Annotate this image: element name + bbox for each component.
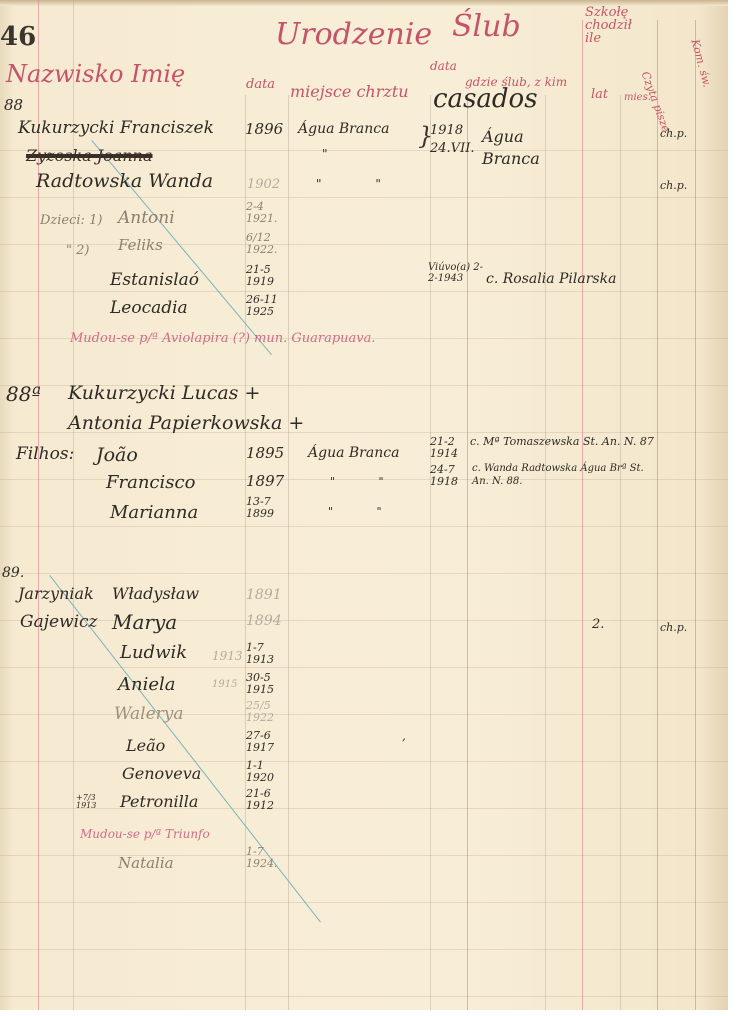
- ditto-marks: " ": [328, 506, 382, 517]
- ditto-mark: ": [322, 148, 328, 160]
- birth-date: 2-41921.: [246, 201, 278, 225]
- entry-name: Radtowska Wanda: [36, 172, 213, 191]
- ditto-marks: " ": [330, 476, 384, 487]
- entry-name: Francisco: [106, 474, 195, 492]
- register-page: 46 Nazwisko Imię Urodzenie data miejsce …: [0, 0, 728, 1010]
- birth-date: 1897: [246, 474, 284, 489]
- entry-name: Władysław: [112, 586, 199, 602]
- children-label: Dzieci: 1): [40, 214, 102, 227]
- entry-name: Walerya: [114, 706, 184, 723]
- header-school-years: lat: [591, 88, 608, 101]
- birth-date: 30-51915: [246, 672, 274, 696]
- faint-year: 1913: [212, 650, 243, 662]
- marriage-date: 24-71918: [430, 464, 458, 488]
- birth-date: 13-71899: [246, 496, 274, 520]
- birth-date: 1894: [246, 614, 282, 628]
- remarks: ch.p.: [660, 622, 687, 633]
- surname: Gajewicz: [20, 614, 98, 631]
- marriage-place: c. Rosalia Pilarska: [486, 272, 616, 286]
- birth-date: 1891: [246, 588, 282, 602]
- entry-name: Marya: [112, 612, 177, 632]
- marriage-date: 21-21914: [430, 436, 458, 460]
- entry-name: Estanislaó: [110, 272, 199, 289]
- marriage-date: 1918 24.VII.: [430, 122, 466, 158]
- birth-date: 1-11920: [246, 760, 274, 784]
- entry-number: 88ª: [6, 384, 41, 404]
- birth-date: 26-111925: [246, 294, 278, 318]
- birth-date: 1-71924.: [246, 846, 278, 870]
- entry-name: Antoni: [118, 210, 175, 227]
- header-birth-date: data: [246, 78, 275, 91]
- marriage-stamp-casados: casados: [433, 86, 538, 112]
- entry-name: Leocadia: [110, 300, 188, 317]
- remarks: ch.p.: [660, 128, 687, 139]
- header-name: Nazwisko Imię: [6, 62, 185, 86]
- children-label: Filhos:: [16, 446, 74, 463]
- entry-name: Kukurzycki Franciszek: [18, 120, 214, 137]
- relocation-note: Mudou-se p/ª Aviolapira (?) mun. Guarapu…: [70, 332, 376, 345]
- birth-date: 27-61917: [246, 730, 274, 754]
- entry-name: Marianna: [110, 504, 198, 522]
- stray-mark: ,: [402, 730, 406, 742]
- entry-name: Natalia: [118, 856, 174, 871]
- marriage-place: Água Branca: [482, 126, 552, 171]
- header-communion: Kom. św.: [689, 38, 712, 88]
- entry-name: Genoveva: [122, 766, 201, 782]
- birth-place: Água Branca: [308, 446, 399, 460]
- entry-name: Antonia Papierkowska +: [68, 414, 304, 433]
- entry-name: Aniela: [118, 676, 176, 694]
- relocation-note: Mudou-se p/ª Triunfo: [80, 828, 210, 840]
- birth-date: 21-51919: [246, 264, 274, 288]
- birth-date: 25/51922: [246, 700, 274, 724]
- entry-number: 89.: [2, 566, 24, 580]
- entry-name: Leão: [126, 738, 165, 754]
- header-marriage: Ślub: [452, 12, 521, 42]
- crossed-out-name: Zyzoska Joanna: [26, 148, 152, 164]
- header-marriage-date: data: [430, 60, 457, 72]
- marriage-place: c. Wanda Radtowska Água Brª St. An. N. 8…: [472, 462, 657, 488]
- birth-date: 1896: [245, 122, 283, 137]
- birth-date: 1-71913: [246, 642, 274, 666]
- birth-date: 21-61912: [246, 788, 274, 812]
- header-birth-place: miejsce chrztu: [290, 84, 409, 100]
- faint-year: 1915: [212, 680, 237, 690]
- child-label: " 2): [66, 244, 89, 257]
- birth-place: Água Branca: [298, 122, 389, 136]
- header-birth: Urodzenie: [275, 20, 432, 50]
- entry-name: Petronilla: [120, 794, 198, 810]
- page-number: 46: [0, 24, 36, 50]
- surname: Jarzyniak: [18, 586, 94, 602]
- entry-name: Ludwik: [120, 644, 187, 662]
- marriage-place: c. Mª Tomaszewska St. An. N. 87: [470, 436, 654, 447]
- birth-date: 6/121922.: [246, 232, 278, 256]
- entry-name: Kukurzycki Lucas +: [68, 384, 260, 403]
- ditto-marks: " ": [316, 178, 381, 190]
- birth-date: 1902: [247, 178, 280, 191]
- birth-date: 1895: [246, 446, 284, 461]
- entry-name: João: [96, 446, 138, 465]
- entry-name: Feliks: [118, 238, 163, 253]
- marriage-date: Viúvo(a) 2-2-1943: [428, 262, 488, 284]
- death-note: +7/3 1913: [76, 794, 106, 810]
- header-school: Szkołę chodził ile: [585, 6, 645, 45]
- school-years: 2.: [592, 618, 604, 631]
- remarks: ch.p.: [660, 180, 687, 191]
- entry-number: 88: [4, 98, 23, 113]
